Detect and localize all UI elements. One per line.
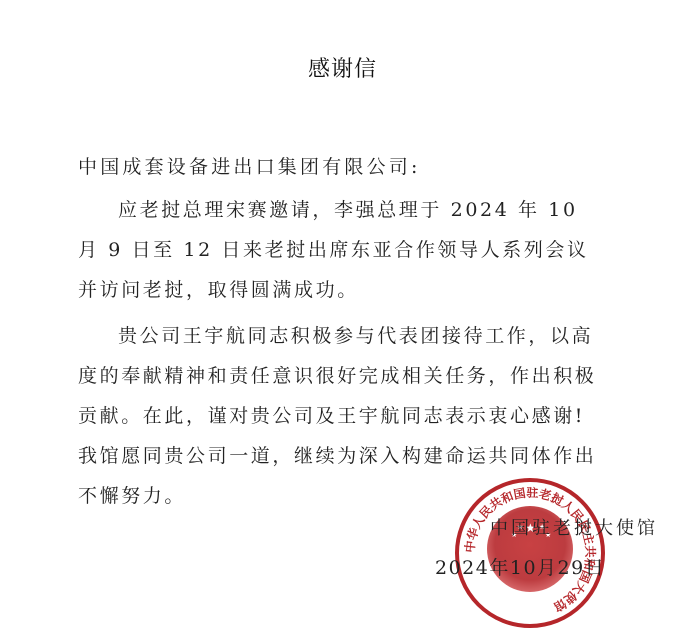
letter-page: 感谢信 中国成套设备进出口集团有限公司: 应老挝总理宋赛邀请，李强总理于 202…	[0, 0, 685, 630]
letter-paragraph-1: 应老挝总理宋赛邀请，李强总理于 2024 年 10 月 9 日至 12 日来老挝…	[78, 190, 598, 310]
letter-salutation: 中国成套设备进出口集团有限公司:	[78, 152, 421, 179]
letter-signature: 中国驻老挝大使馆	[490, 514, 658, 540]
letter-title: 感谢信	[0, 52, 685, 83]
letter-date: 2024年10月29日	[435, 553, 605, 580]
